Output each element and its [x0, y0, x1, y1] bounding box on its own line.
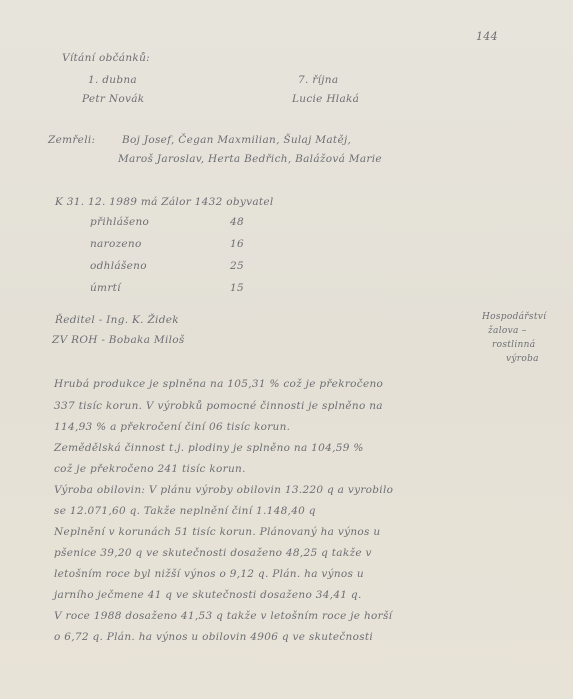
deceased-line: Boj Josef, Čegan Maxmilian, Šulaj Matěj,: [122, 134, 351, 146]
event-date: 1. dubna: [88, 74, 137, 86]
body-line: Zemědělská činnost t.j. plodiny je splně…: [54, 442, 364, 454]
event-date: 7. října: [298, 74, 338, 86]
stats-value: 48: [230, 216, 244, 228]
body-line: pšenice 39,20 q ve skutečnosti dosaženo …: [54, 547, 372, 559]
stats-label: úmrtí: [90, 282, 121, 294]
body-line: 114,93 % a překročení činí 06 tisíc koru…: [54, 421, 290, 433]
stats-value: 25: [230, 260, 244, 272]
deceased-line: Maroš Jaroslav, Herta Bedřich, Balážová …: [118, 153, 382, 165]
body-line: Výroba obilovin: V plánu výroby obilovin…: [54, 484, 393, 496]
body-line: Neplnění v korunách 51 tisíc korun. Plán…: [54, 526, 380, 538]
margin-note-line: rostlinná: [482, 338, 546, 352]
handwritten-page: 144 Vítání občánků: 1. dubna Petr Novák …: [0, 0, 573, 699]
official-line: ZV ROH - Bobaka Miloš: [52, 334, 185, 346]
official-line: Ředitel - Ing. K. Židek: [55, 314, 179, 326]
section-title: Vítání občánků:: [62, 52, 150, 64]
event-name: Lucie Hlaká: [292, 93, 359, 105]
body-line: jarního ječmene 41 q ve skutečnosti dosa…: [54, 589, 362, 601]
body-line: Hrubá produkce je splněna na 105,31 % co…: [54, 378, 383, 390]
event-name: Petr Novák: [82, 93, 144, 105]
body-line: o 6,72 q. Plán. ha výnos u obilovin 4906…: [54, 631, 373, 643]
body-line: letošním roce byl nižší výnos o 9,12 q. …: [54, 568, 364, 580]
stats-value: 15: [230, 282, 244, 294]
stats-label: odhlášeno: [90, 260, 147, 272]
stats-heading: K 31. 12. 1989 má Zálor 1432 obyvatel: [55, 196, 274, 208]
margin-note: Hospodářství žalova – rostlinná výroba: [482, 310, 546, 366]
stats-label: narozeno: [90, 238, 142, 250]
body-line: se 12.071,60 q. Takže neplnění činí 1.14…: [54, 505, 316, 517]
stats-value: 16: [230, 238, 244, 250]
stats-label: přihlášeno: [90, 216, 149, 228]
body-line: 337 tisíc korun. V výrobků pomocné činno…: [54, 400, 383, 412]
body-line: což je překročeno 241 tisíc korun.: [54, 463, 246, 475]
page-number: 144: [476, 30, 498, 43]
margin-note-line: výroba: [482, 352, 546, 366]
deceased-label: Zemřeli:: [48, 134, 95, 146]
margin-note-line: žalova –: [482, 324, 546, 338]
body-line: V roce 1988 dosaženo 41,53 q takže v let…: [54, 610, 392, 622]
margin-note-line: Hospodářství: [482, 310, 546, 324]
